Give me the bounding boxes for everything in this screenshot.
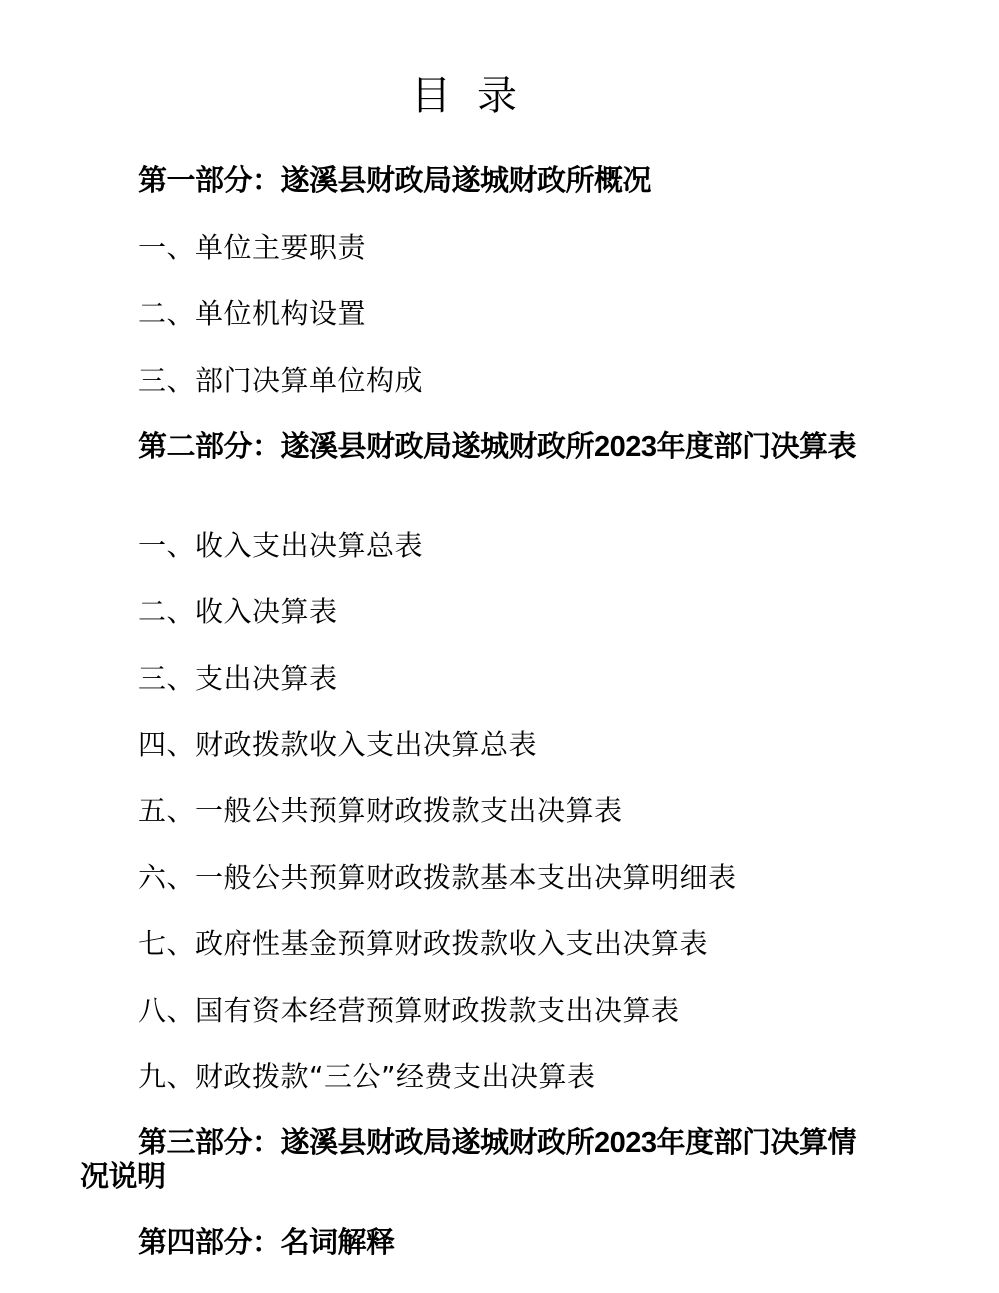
part1-item-3: 三、部门决算单位构成: [138, 364, 928, 398]
toc-title: 目录: [0, 70, 954, 122]
part4-heading: 第四部分：名词解释: [80, 1226, 870, 1260]
part2-item-5: 五、一般公共预算财政拨款支出决算表: [138, 794, 928, 828]
part1-item-1: 一、单位主要职责: [138, 231, 928, 265]
part2-item-2: 二、收入决算表: [138, 595, 928, 629]
part2-item-1: 一、收入支出决算总表: [138, 529, 928, 563]
part2-item-7: 七、政府性基金预算财政拨款收入支出决算表: [138, 927, 928, 961]
part2-item-6: 六、一般公共预算财政拨款基本支出决算明细表: [138, 861, 928, 895]
part2-item-8: 八、国有资本经营预算财政拨款支出决算表: [138, 994, 928, 1028]
part2-item-9: 九、财政拨款“三公”经费支出决算表: [138, 1060, 928, 1094]
part1-heading: 第一部分：遂溪县财政局遂城财政所概况: [80, 164, 870, 198]
part2-item-3: 三、支出决算表: [138, 662, 928, 696]
part1-item-2: 二、单位机构设置: [138, 297, 928, 331]
part2-item-4: 四、财政拨款收入支出决算总表: [138, 728, 928, 762]
part2-heading: 第二部分：遂溪县财政局遂城财政所2023年度部门决算表: [80, 430, 870, 464]
part3-heading: 第三部分：遂溪县财政局遂城财政所2023年度部门决算情况说明: [80, 1126, 870, 1194]
